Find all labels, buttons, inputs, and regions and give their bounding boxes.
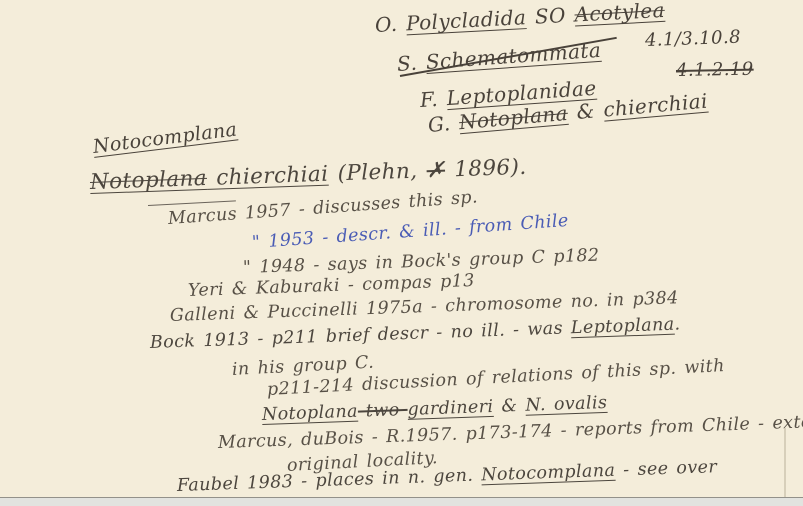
related-species-2: N. ovalis (525, 393, 608, 416)
suborder-label: SO (526, 3, 576, 30)
taxon-order-line: O. Polycladida SO Acotylea (374, 0, 665, 37)
related-genus: Notoplana (262, 402, 359, 425)
title-genus-struck: Notoplana (90, 166, 208, 195)
title-authority: (Plehn, (328, 158, 427, 186)
card-right-edge (784, 428, 786, 498)
title-species: chierchiai (207, 162, 329, 191)
family-prefix: F. (419, 86, 447, 112)
bock-genus-name: Leptoplana (571, 315, 675, 339)
title-deleted-mark: ✗ (426, 158, 445, 184)
note-faubel-1983: Faubel 1983 - places in n. gen. Notocomp… (177, 457, 718, 496)
genus-annotation: Notocomplana (92, 118, 239, 158)
catalog-code-old: 4.1.2.19 (676, 59, 754, 81)
related-struck-word: two (358, 400, 408, 422)
card-bottom-edge (0, 497, 803, 506)
genus-join-mark: & (567, 98, 605, 125)
title-year: 1896). (445, 155, 527, 183)
order-prefix: O. (374, 11, 406, 37)
genus-species-name: chierchiai (602, 89, 708, 122)
genus-prefix: G. (427, 110, 460, 137)
related-species-1: gardineri (407, 397, 494, 420)
bock-period: . (674, 314, 681, 334)
related-join: & (493, 396, 526, 417)
faubel-text: Faubel 1983 - places in n. gen. (177, 465, 482, 496)
suborder-name-struck: Acotylea (574, 0, 666, 27)
faubel-genus-name: Notocomplana (481, 461, 616, 486)
catalog-code-current: 4.1/3.10.8 (645, 27, 742, 51)
order-name: Polycladida (405, 5, 526, 35)
index-card: O. Polycladida SO Acotylea 4.1/3.10.8 S.… (0, 0, 803, 506)
faubel-see-over: - see over (615, 457, 717, 481)
